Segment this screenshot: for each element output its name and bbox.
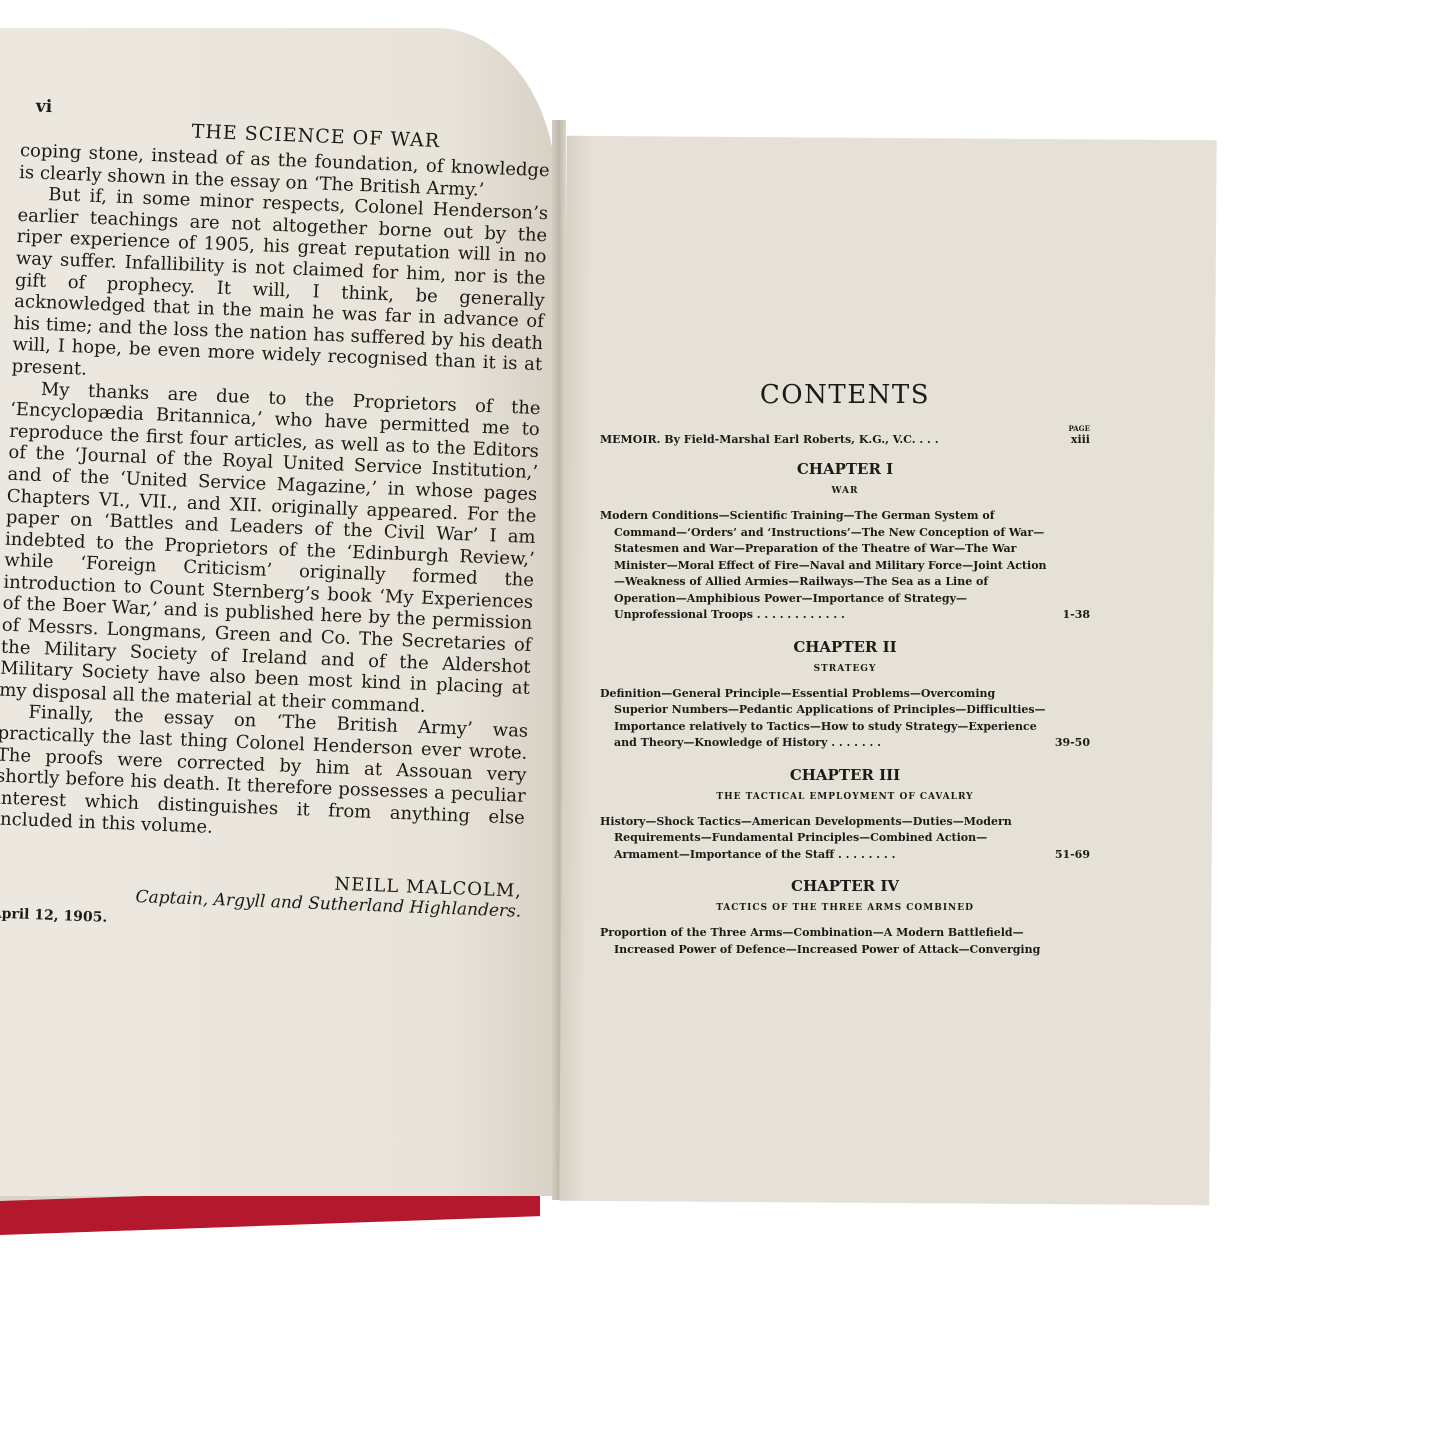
chapter-summary: Modern Conditions—Scientific Training—Th… xyxy=(600,508,1050,624)
page-number: vi xyxy=(35,97,52,118)
chapter-number: CHAPTER III xyxy=(600,766,1090,784)
paragraph: My thanks are due to the Proprietors of … xyxy=(0,377,541,721)
left-page-text: vi THE SCIENCE OF WAR coping stone, inst… xyxy=(0,100,552,942)
chapter-summary: Definition—General Principle—Essential P… xyxy=(600,686,1050,752)
paragraph: But if, in some minor respects, Colonel … xyxy=(11,183,548,398)
chapter-title: WAR xyxy=(600,486,1090,496)
chapter-1: CHAPTER I WAR Modern Conditions—Scientif… xyxy=(600,460,1090,624)
memoir-page: xiii xyxy=(1071,433,1090,446)
paragraph: Finally, the essay on ‘The British Army’… xyxy=(0,701,529,851)
page-column-label: PAGE xyxy=(600,424,1090,433)
chapter-title: STRATEGY xyxy=(600,664,1090,674)
contents-page: CONTENTS PAGE MEMOIR. By Field-Marshal E… xyxy=(600,380,1090,958)
chapter-pages: 51-69 xyxy=(1050,847,1090,864)
chapter-number: CHAPTER IV xyxy=(600,877,1090,895)
chapter-4: CHAPTER IV TACTICS OF THE THREE ARMS COM… xyxy=(600,877,1090,958)
chapter-summary: Proportion of the Three Arms—Combination… xyxy=(600,925,1050,958)
chapter-summary: History—Shock Tactics—American Developme… xyxy=(600,814,1050,864)
chapter-title: THE TACTICAL EMPLOYMENT OF CAVALRY xyxy=(600,792,1090,802)
chapter-pages: 39-50 xyxy=(1050,735,1090,752)
memoir-entry: MEMOIR. By Field-Marshal Earl Roberts, K… xyxy=(600,433,1090,446)
contents-title: CONTENTS xyxy=(600,380,1090,410)
chapter-3: CHAPTER III THE TACTICAL EMPLOYMENT OF C… xyxy=(600,766,1090,864)
memoir-text: MEMOIR. By Field-Marshal Earl Roberts, K… xyxy=(600,433,1071,446)
chapter-2: CHAPTER II STRATEGY Definition—General P… xyxy=(600,638,1090,752)
chapter-pages: 1-38 xyxy=(1050,607,1090,624)
chapter-number: CHAPTER II xyxy=(600,638,1090,656)
chapter-title: TACTICS OF THE THREE ARMS COMBINED xyxy=(600,903,1090,913)
chapter-number: CHAPTER I xyxy=(600,460,1090,478)
